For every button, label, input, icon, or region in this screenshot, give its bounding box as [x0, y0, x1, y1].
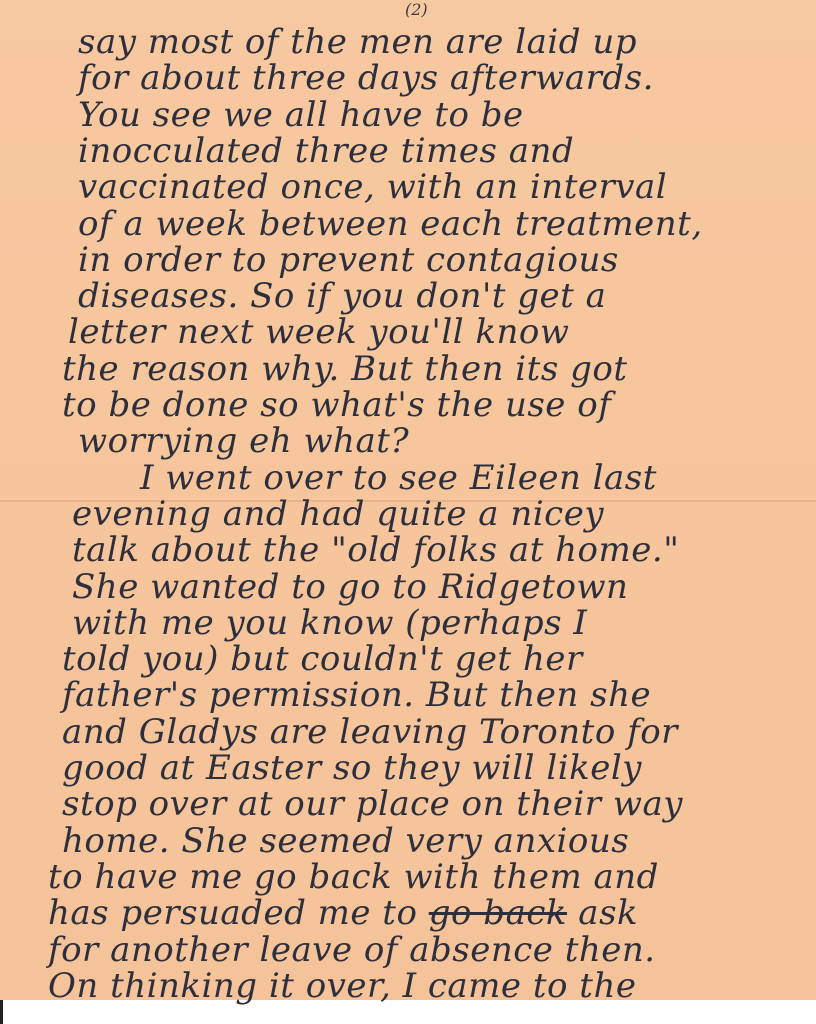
handwritten-line: in order to prevent contagious — [78, 240, 619, 280]
handwritten-line: On thinking it over, I came to the — [48, 966, 636, 1006]
line-text: worrying eh what? — [78, 421, 409, 461]
line-text: say most of the men are laid up — [78, 22, 637, 62]
handwritten-line: You see we all have to be — [78, 95, 524, 135]
line-text: to have me go back with them and — [48, 857, 659, 897]
struck-out-text: go back — [429, 893, 567, 933]
line-text: On thinking it over, I came to the — [48, 966, 636, 1006]
line-text: the reason why. But then its got — [62, 349, 628, 389]
handwritten-line: talk about the "old folks at home." — [72, 530, 679, 570]
line-text: I went over to see Eileen last — [140, 458, 657, 498]
line-text: You see we all have to be — [78, 95, 524, 135]
handwritten-line: good at Easter so they will likely — [62, 748, 642, 788]
handwritten-line: home. She seemed very anxious — [62, 821, 629, 861]
handwritten-line: to have me go back with them and — [48, 857, 659, 897]
line-text: of a week between each treatment, — [78, 204, 703, 244]
handwritten-line: with me you know (perhaps I — [72, 603, 587, 643]
line-text: father's permission. But then she — [62, 675, 651, 715]
line-text: vaccinated once, with an interval — [78, 167, 667, 207]
line-text: for about three days afterwards. — [78, 58, 654, 98]
line-text: good at Easter so they will likely — [62, 748, 642, 788]
line-text: letter next week you'll know — [68, 312, 569, 352]
handwritten-line: for about three days afterwards. — [78, 58, 654, 98]
line-text: evening and had quite a nicey — [72, 494, 604, 534]
handwritten-line: to be done so what's the use of — [62, 385, 611, 425]
line-text: stop over at our place on their way — [62, 784, 683, 824]
handwritten-line: evening and had quite a nicey — [72, 494, 604, 534]
page-number: (2) — [405, 0, 428, 19]
handwritten-line: She wanted to go to Ridgetown — [72, 567, 628, 607]
line-text: talk about the "old folks at home." — [72, 530, 679, 570]
line-text-after: ask — [567, 893, 638, 933]
handwritten-line: say most of the men are laid up — [78, 22, 637, 62]
handwritten-line: stop over at our place on their way — [62, 784, 683, 824]
handwritten-line: diseases. So if you don't get a — [78, 276, 606, 316]
handwritten-line: the reason why. But then its got — [62, 349, 628, 389]
line-text: in order to prevent contagious — [78, 240, 619, 280]
handwritten-line: vaccinated once, with an interval — [78, 167, 667, 207]
line-text: with me you know (perhaps I — [72, 603, 587, 643]
line-text: for another leave of absence then. — [48, 930, 656, 970]
scan-edge — [0, 1000, 3, 1024]
handwritten-line: has persuaded me to go back ask — [48, 893, 638, 933]
handwritten-line: worrying eh what? — [78, 421, 409, 461]
handwritten-line: father's permission. But then she — [62, 675, 651, 715]
line-text: home. She seemed very anxious — [62, 821, 629, 861]
handwritten-line: I went over to see Eileen last — [140, 458, 657, 498]
line-text: to be done so what's the use of — [62, 385, 611, 425]
handwritten-line: inocculated three times and — [78, 131, 574, 171]
handwritten-line: told you) but couldn't get her — [62, 639, 583, 679]
handwritten-line: letter next week you'll know — [68, 312, 569, 352]
handwritten-line: for another leave of absence then. — [48, 930, 656, 970]
line-text: told you) but couldn't get her — [62, 639, 583, 679]
line-text: She wanted to go to Ridgetown — [72, 567, 628, 607]
line-text: inocculated three times and — [78, 131, 574, 171]
line-text: and Gladys are leaving Toronto for — [62, 712, 678, 752]
letter-page: (2) say most of the men are laid upfor a… — [0, 0, 816, 1000]
handwritten-line: of a week between each treatment, — [78, 204, 703, 244]
handwritten-line: and Gladys are leaving Toronto for — [62, 712, 678, 752]
line-text: diseases. So if you don't get a — [78, 276, 606, 316]
line-text: has persuaded me to — [48, 893, 417, 933]
